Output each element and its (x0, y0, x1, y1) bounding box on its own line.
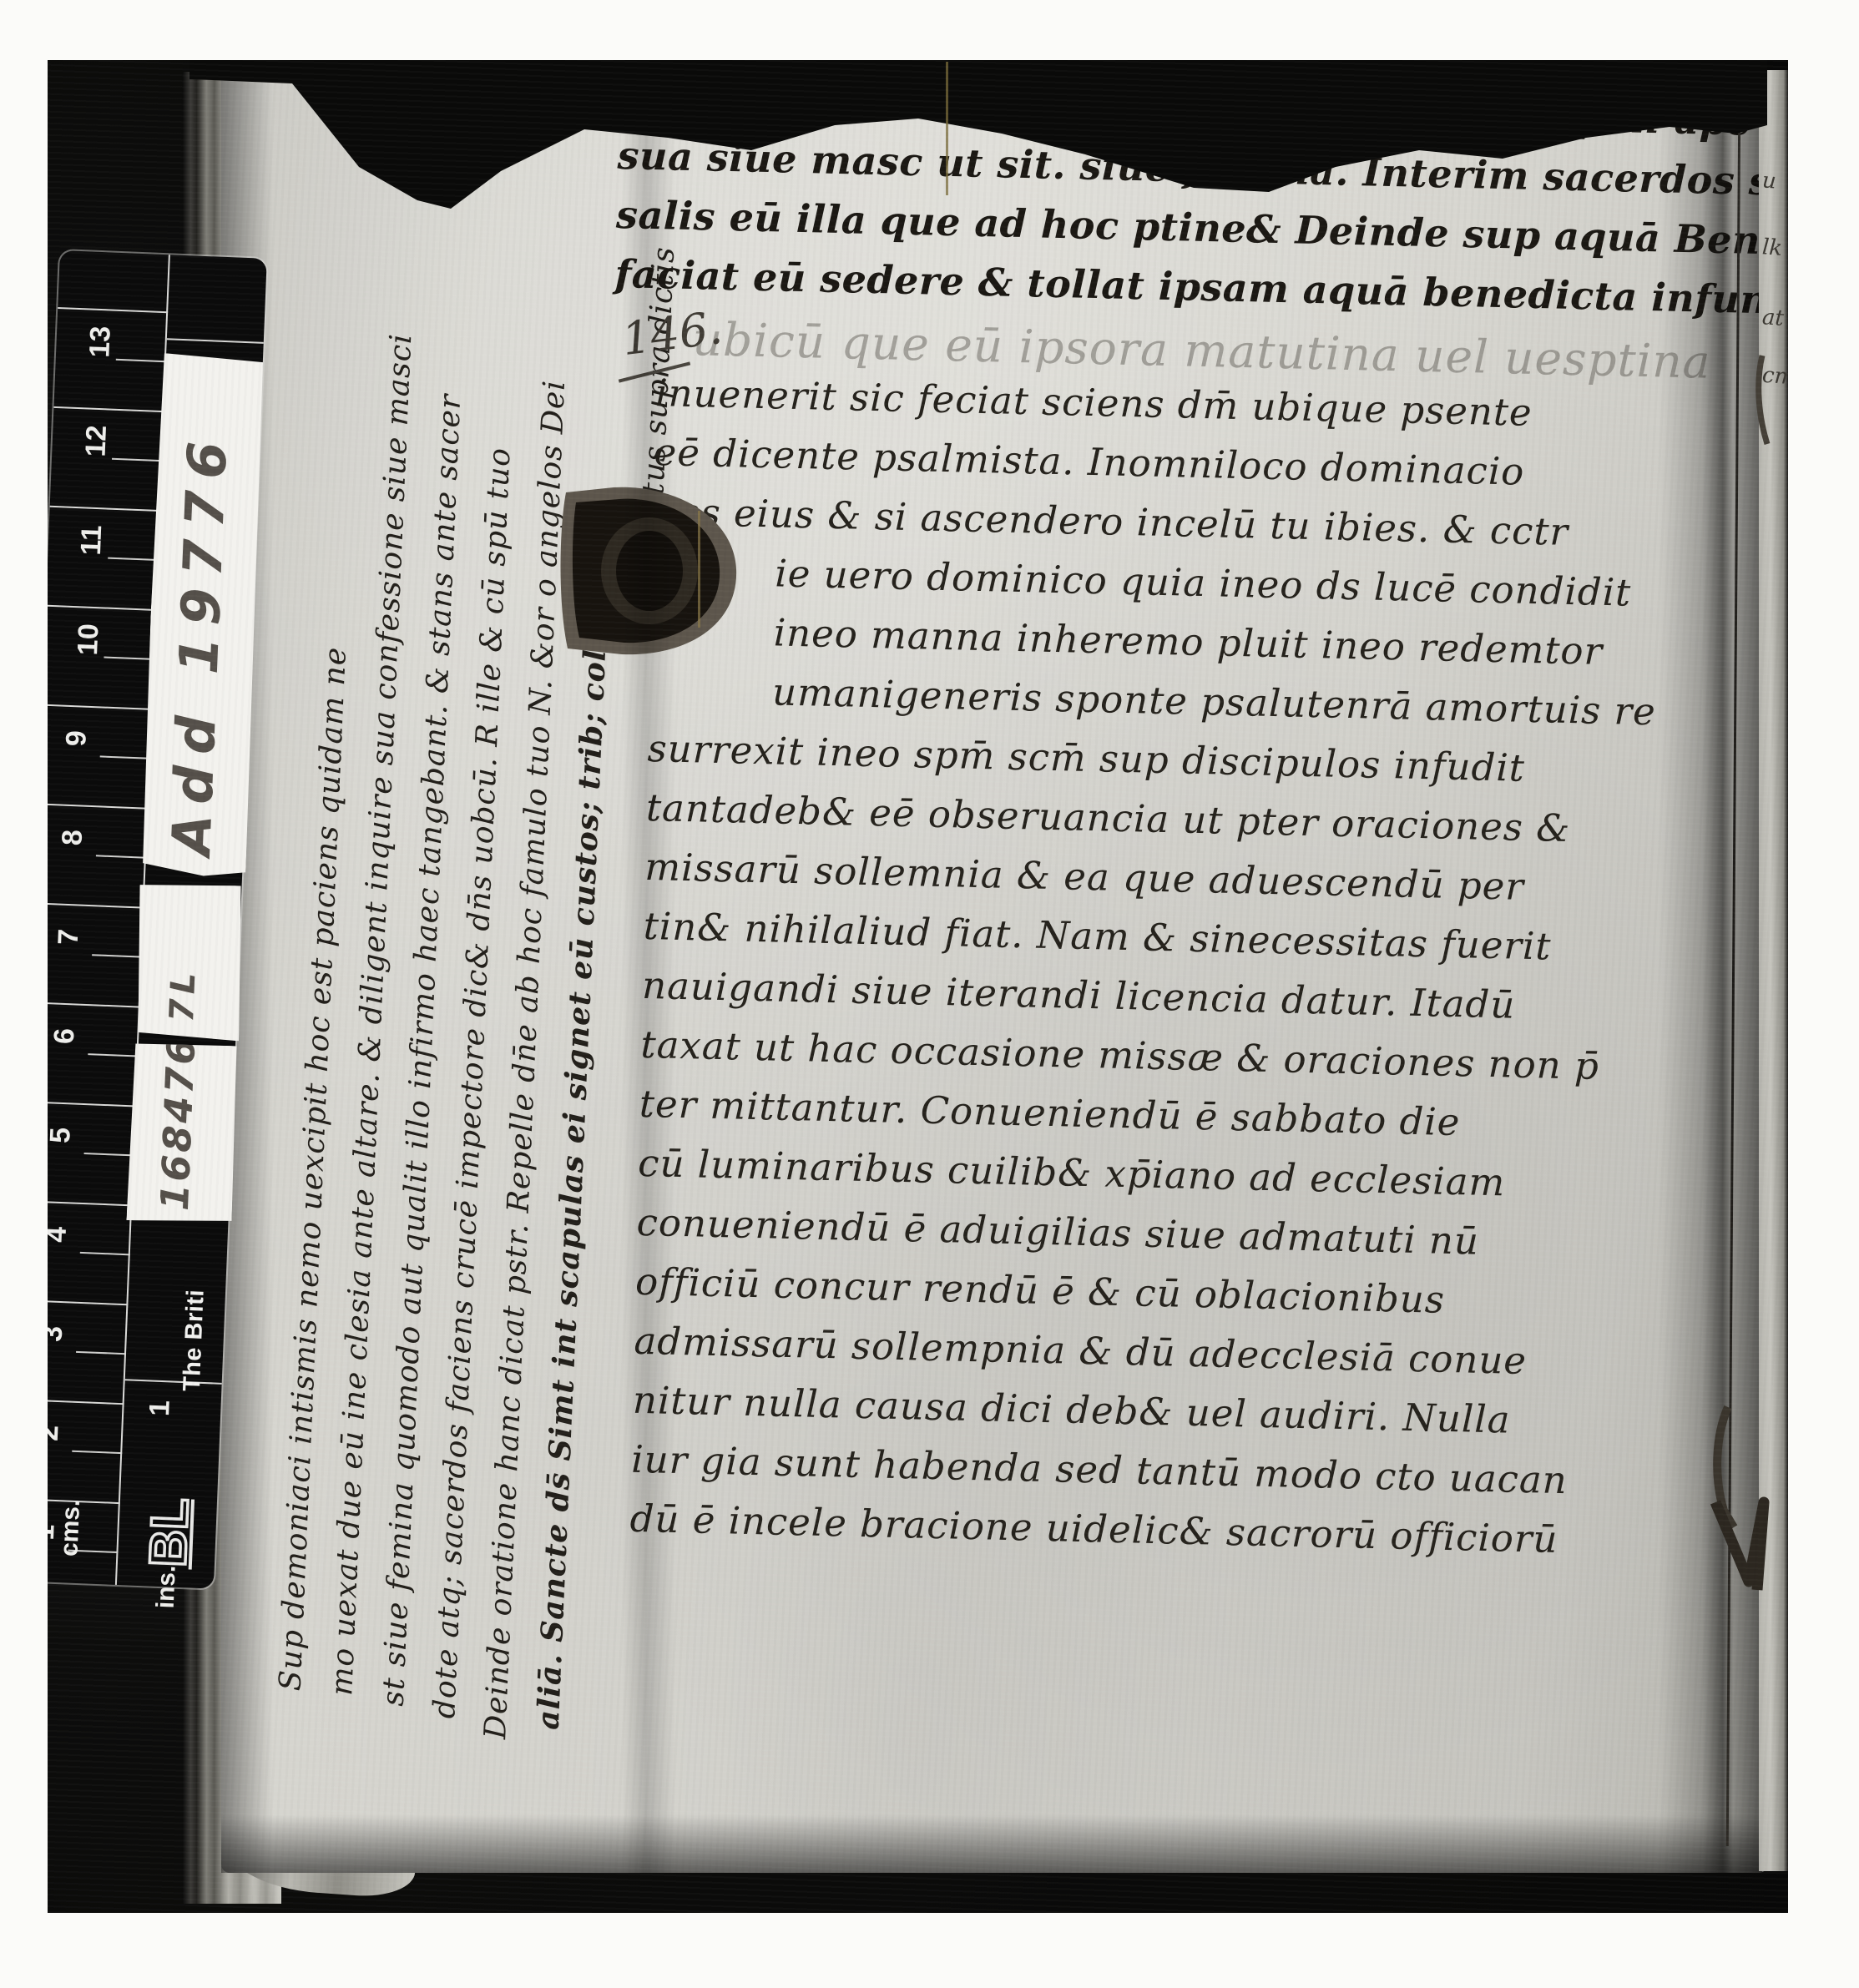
cm-number: 12 (80, 425, 114, 457)
cm-cell: 11 (48, 506, 160, 609)
cm-number: 6 (48, 1027, 82, 1044)
shelfmark-label-fragment: 7L (134, 881, 245, 1041)
edge-text-fragment: at (1761, 305, 1785, 331)
inch-tick (167, 338, 264, 344)
pen-flourish (1690, 1402, 1788, 1597)
bookmark-thread (946, 62, 948, 195)
cm-number: 7 (53, 928, 86, 945)
cm-cell: 7 (48, 902, 144, 1006)
pen-hook-mark (1752, 351, 1777, 454)
inventory-label: 168476 (126, 1042, 238, 1224)
gutter-shadow (1659, 68, 1762, 1873)
page-fold-shadow (622, 70, 675, 1873)
shelfmark-text: Add 19776 (161, 429, 240, 857)
cm-number: 13 (83, 325, 117, 358)
cm-cell: 3 (48, 1299, 128, 1403)
cm-cell: 2 (48, 1399, 124, 1502)
cm-cell: 6 (48, 1002, 140, 1105)
cm-number: 5 (48, 1127, 78, 1143)
edge-text-fragment: lk (1761, 235, 1783, 261)
inch-number-1: 1 (144, 1400, 177, 1416)
cm-number: 2 (48, 1425, 65, 1441)
edge-text-fragment: u (1761, 168, 1777, 194)
cm-cell: 8 (48, 803, 148, 906)
cm-number: 4 (48, 1226, 73, 1243)
cm-number: 9 (60, 730, 93, 747)
cm-cell: 12 (50, 406, 164, 510)
cm-number: 8 (56, 829, 89, 845)
cm-number: 3 (48, 1325, 69, 1342)
inventory-number-text: 168476 (152, 1034, 204, 1211)
cm-unit-label: cms. (55, 1499, 86, 1557)
cm-cell: 5 (48, 1101, 136, 1204)
library-name-text: The Briti (179, 1289, 210, 1391)
photo-frame: Sup demoniaci intismis nemo uexcipit hoc… (0, 0, 1859, 1988)
inch-tick (125, 1379, 222, 1385)
bl-logo-icon: BL (137, 1494, 205, 1573)
cm-cell: 9 (48, 704, 152, 808)
cm-cell: 13 (53, 307, 168, 411)
cm-number: 11 (75, 525, 109, 556)
main-text-block: itidit cut iube eū exire foras decclesia… (586, 73, 1788, 1589)
inch-unit-label: ins. (152, 1565, 182, 1609)
cm-cell: 4 (48, 1200, 132, 1304)
cm-number: 10 (72, 623, 105, 656)
photograph: Sup demoniaci intismis nemo uexcipit hoc… (48, 60, 1788, 1913)
next-page-edge: ulkatcm (1759, 70, 1788, 1871)
shelfmark-fragment-text: 7L (163, 966, 204, 1022)
cm-cell: 10 (48, 605, 156, 709)
